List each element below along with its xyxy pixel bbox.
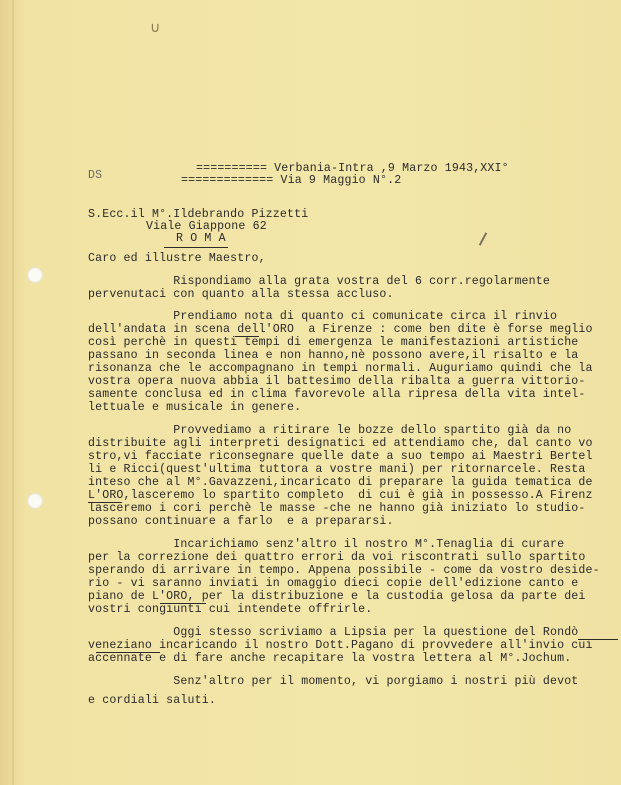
body-line: per la correzione dei quattro errori da … (88, 552, 586, 565)
letter-page: ∪ DS ========== Verbania-Intra ,9 Marzo … (0, 0, 621, 785)
body-line: Prendiamo nota di quanto ci comunicate c… (88, 311, 557, 324)
salutation: Caro ed illustre Maestro, (88, 253, 266, 266)
body-line: rio - vi saranno inviati in omaggio diec… (88, 578, 578, 591)
body-line: accennate e di fare anche recapitare la … (88, 653, 571, 666)
body-line: samente conclusa ed in clima favorevole … (88, 389, 586, 402)
body-line: Provvediamo a ritirare le bozze dello sp… (88, 425, 571, 438)
body-line: pervenutaci con quanto alla stessa acclu… (88, 289, 394, 302)
pen-stroke (479, 232, 487, 245)
body-line: possano continuare a farlo e a preparars… (88, 516, 394, 529)
body-line: li e Ricci(quest'ultima tuttora a vostre… (88, 464, 586, 477)
body-line: Oggi stesso scriviamo a Lipsia per la qu… (88, 627, 578, 640)
paper-fold (12, 0, 14, 785)
body-line: e cordiali saluti. (88, 695, 216, 708)
body-line: inteso che al M°.Gavazzeni,incaricato di… (88, 477, 593, 490)
body-line: Rispondiamo alla grata vostra del 6 corr… (88, 276, 550, 289)
body-line: veneziano incaricando il nostro Dott.Pag… (88, 640, 593, 653)
body-line: lasceremo i cori perchè le masse -che ne… (88, 503, 586, 516)
punch-hole-top (27, 267, 43, 283)
body-line: dell'andata in scena dell'ORO a Firenze … (88, 324, 593, 337)
body-line: stro,vi facciate riconsegnare quelle dat… (88, 451, 593, 464)
body-line: passano in seconda linea e non hanno,nè … (88, 350, 578, 363)
loro-underline-2 (160, 603, 206, 604)
body-line: distribuite agli interpreti designatici … (88, 438, 593, 451)
body-line: vostra opera nuova abbia il battesimo de… (88, 376, 586, 389)
body-line: L'ORO,lasceremo lo spartito completo di … (88, 490, 593, 503)
body-line: vostri congiunti cui intendete offrirle. (88, 604, 372, 617)
city-underline (164, 247, 228, 248)
body-line: così perchè in questi tempi di emergenza… (88, 337, 578, 350)
body-line: piano de L'ORO, per la distribuzione e l… (88, 591, 586, 604)
header-address: ============= Via 9 Maggio N°.2 (181, 175, 401, 188)
pencil-mark: ∪ (150, 20, 160, 36)
rondo-underline (578, 639, 618, 640)
body-line: Senz'altro per il momento, vi porgiamo i… (88, 676, 578, 689)
punch-hole-bottom (27, 493, 43, 509)
veneziano-underline (96, 652, 160, 653)
body-line: lettuale e musicale in genere. (88, 402, 301, 415)
loro-underline (88, 502, 122, 503)
body-line: sperando di arrivare in tempo. Appena po… (88, 565, 600, 578)
body-line: risonanza che le accompagnano in tempi n… (88, 363, 593, 376)
initials: DS (88, 170, 102, 183)
body-line: Incarichiamo senz'altro il nostro M°.Ten… (88, 539, 564, 552)
recipient-city: R O M A (176, 233, 226, 246)
oro-underline (235, 336, 259, 337)
